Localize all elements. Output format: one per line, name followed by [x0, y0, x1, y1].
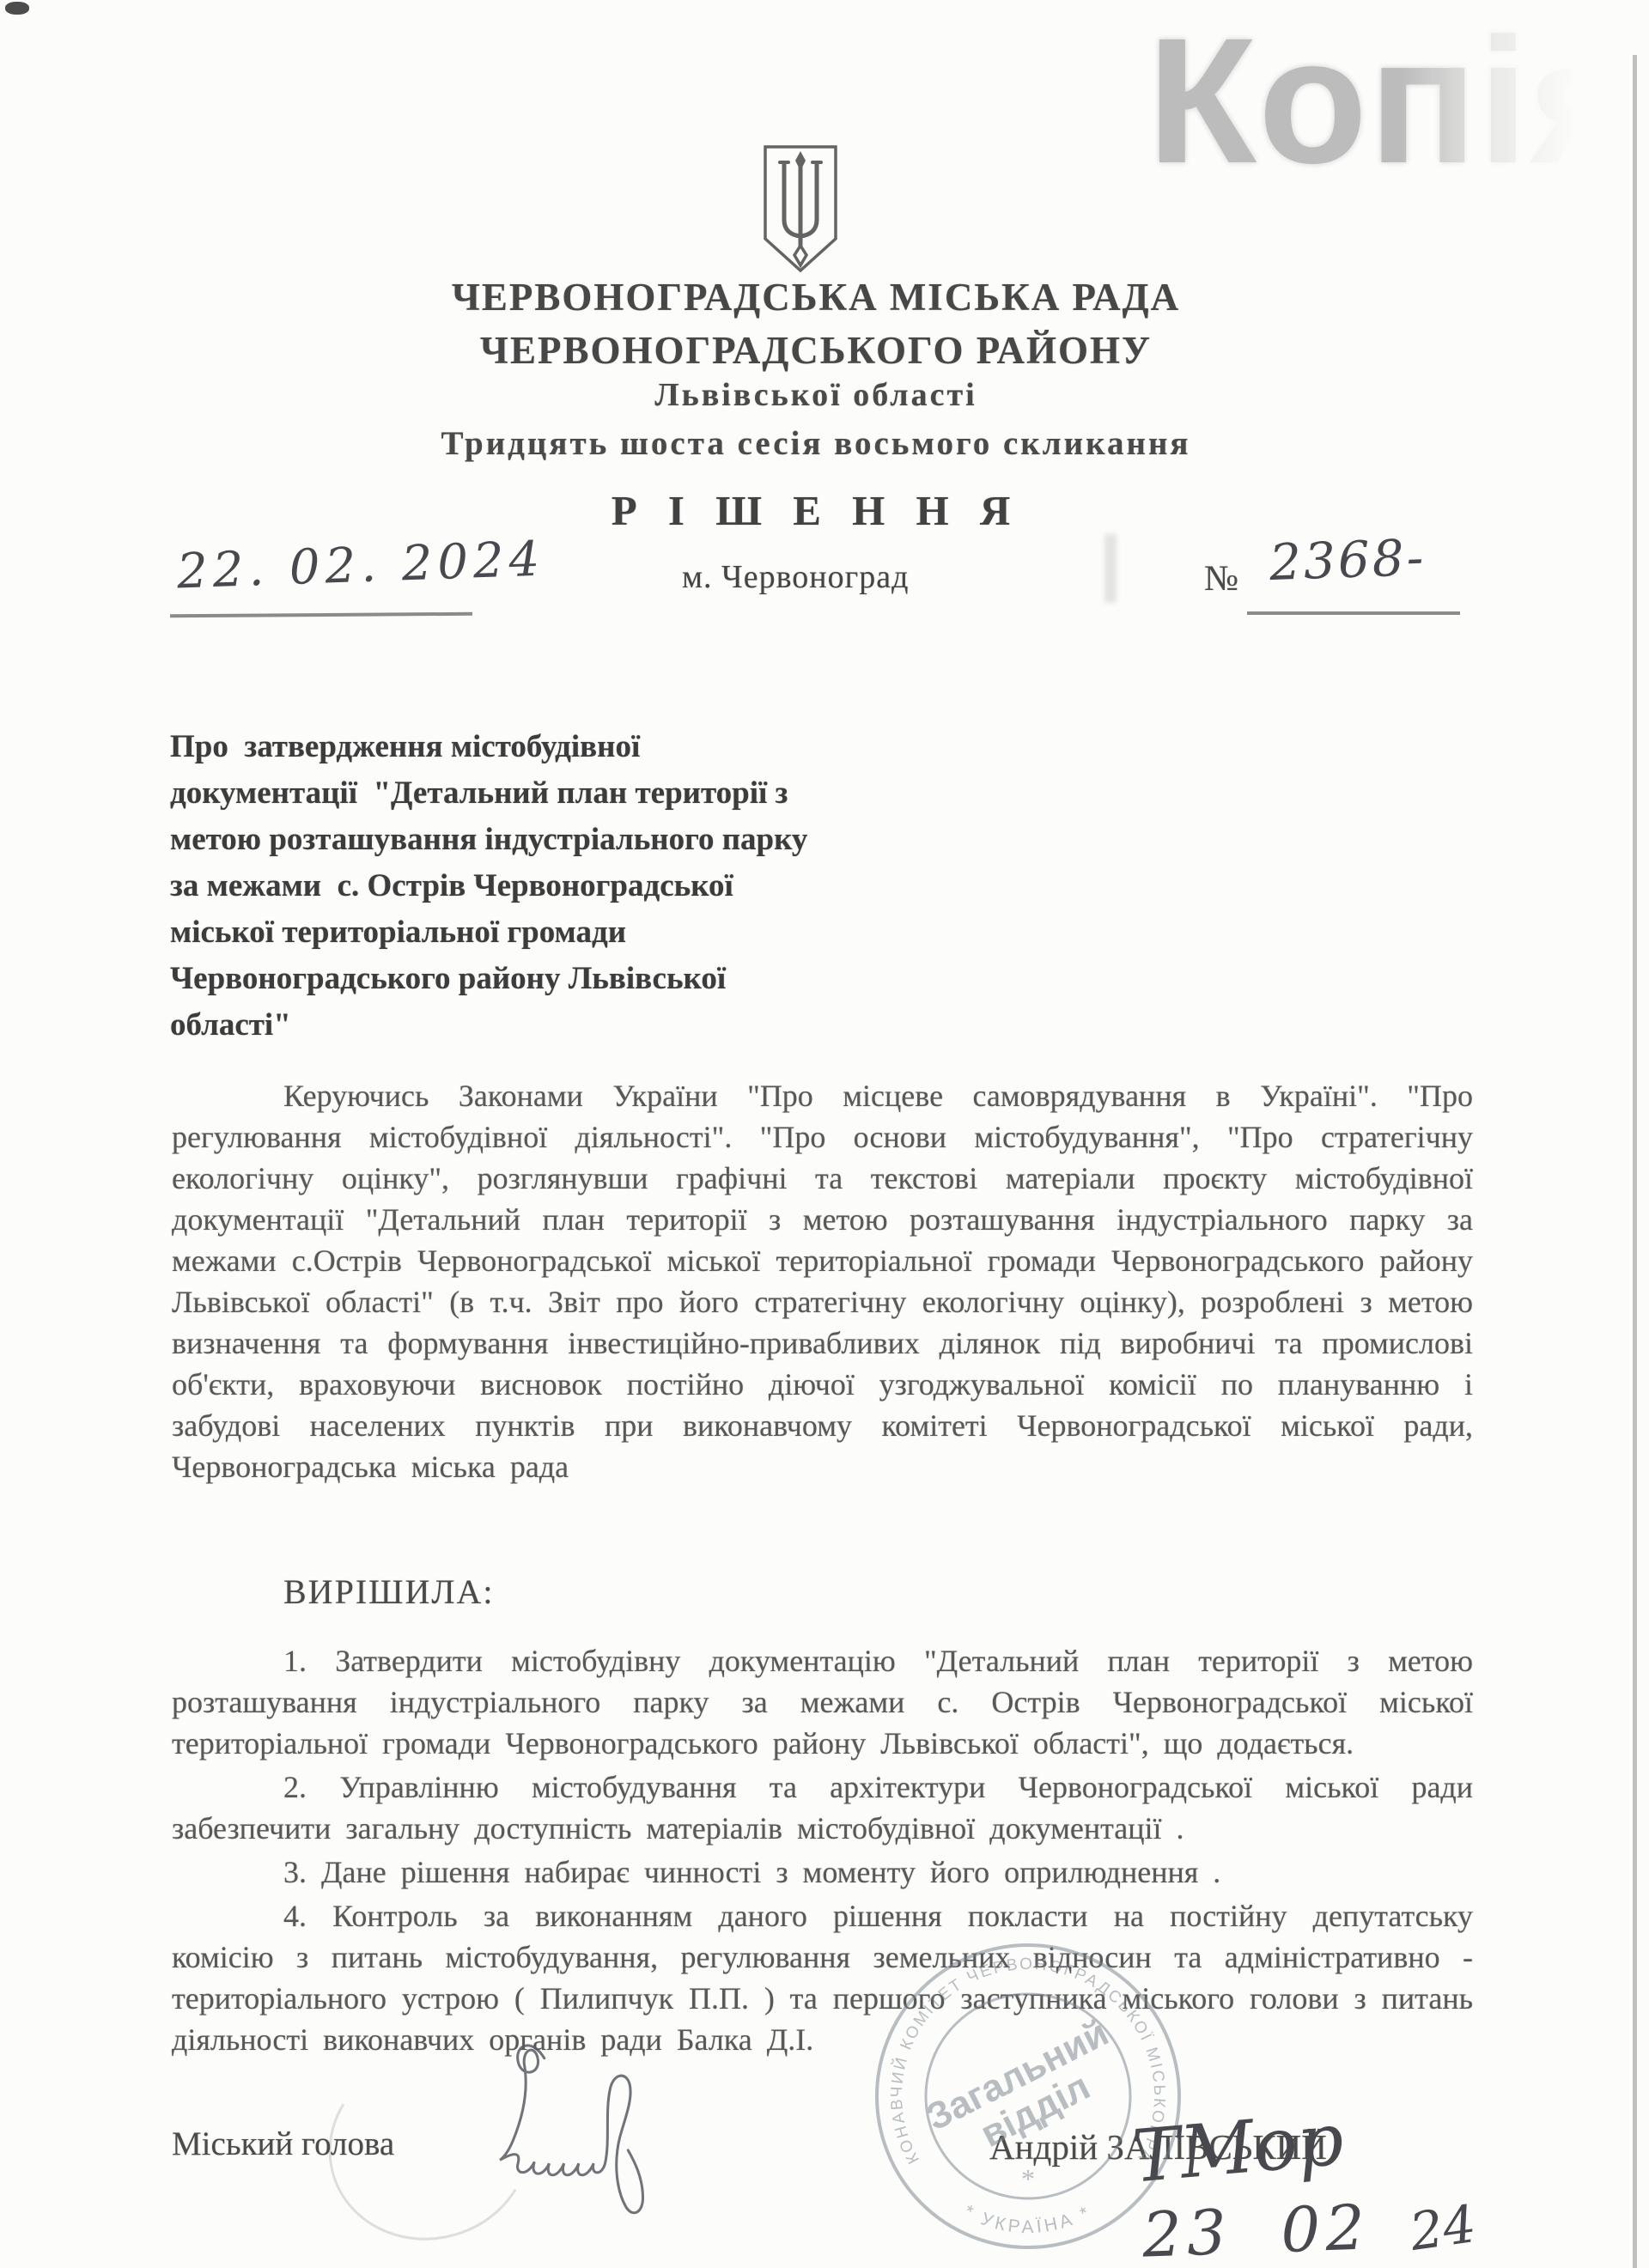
- number-sign: №: [1204, 558, 1238, 599]
- document-page: Копія ЧЕРВОНОГРАДСЬКА МІСЬКА РАДА ЧЕРВОН…: [0, 0, 1649, 2268]
- round-seal-stamp: ВИКОНАВЧИЙ КОМІТЕТ ЧЕРВОНОГРАДСЬКОЇ МІСЬ…: [869, 1937, 1187, 2255]
- decision-label: ВИРІШИЛА:: [283, 1572, 495, 1612]
- subject-line: Про затвердження містобудівної: [170, 724, 926, 770]
- handwritten-number: 2368-: [1269, 528, 1427, 592]
- session-line: Тридцять шоста сесія восьмого скликання: [0, 424, 1632, 463]
- copy-stamp: Копія: [1147, 12, 1636, 191]
- decision-item-2: 2. Управлінню містобудування та архітект…: [172, 1766, 1473, 1849]
- handwritten-initials: ТМор: [1129, 2096, 1347, 2198]
- subject-line: області": [170, 1002, 926, 1049]
- subject-line: за межами с. Острів Червоноградської: [170, 863, 926, 909]
- scan-smudge-artifact: [1104, 534, 1117, 603]
- subject-line: міської територіальної громади: [170, 909, 926, 956]
- svg-text:* УКРАЇНА *: * УКРАЇНА *: [961, 2201, 1096, 2237]
- subject-block: Про затвердження містобудівної документа…: [170, 724, 926, 1049]
- org-name-line1: ЧЕРВОНОГРАДСЬКА МІСЬКА РАДА: [0, 275, 1632, 319]
- scan-edge-artifact: [1633, 55, 1637, 2268]
- handwritten-date: 22. 02. 2024: [176, 532, 545, 600]
- subject-line: метою розташування індустріального парку: [170, 817, 926, 863]
- handwritten-note-date: 23 02: [1141, 2191, 1372, 2268]
- preamble-paragraph: Керуючись Законами України "Про місцеве …: [172, 1075, 1473, 1487]
- place-name: м. Червоноград: [682, 558, 909, 596]
- org-name-line2: ЧЕРВОНОГРАДСЬКОГО РАЙОНУ: [0, 328, 1632, 373]
- signer-position: Міський голова: [172, 2125, 394, 2163]
- document-type-title: Р І Ш Е Н Н Я: [0, 486, 1632, 535]
- seal-star: *: [1021, 2163, 1035, 2194]
- date-underline: [170, 612, 472, 617]
- subject-line: Червоноградського району Львівської: [170, 956, 926, 1002]
- number-underline: [1247, 611, 1460, 615]
- ukraine-trident-emblem-icon: [759, 144, 842, 275]
- seal-ring-text-bottom: * УКРАЇНА *: [961, 2201, 1096, 2237]
- org-region: Львівської області: [0, 376, 1632, 414]
- decision-item-1: 1. Затвердити містобудівну документацію …: [172, 1640, 1473, 1764]
- scan-speck-artifact: [5, 2, 29, 15]
- handwritten-note-year: 24: [1407, 2194, 1480, 2263]
- decision-item-3: 3. Дане рішення набирає чинності з момен…: [172, 1851, 1473, 1893]
- decision-items: 1. Затвердити містобудівну документацію …: [172, 1640, 1473, 2063]
- mayor-signature: [468, 2034, 837, 2222]
- subject-line: документації "Детальний план території з: [170, 770, 926, 817]
